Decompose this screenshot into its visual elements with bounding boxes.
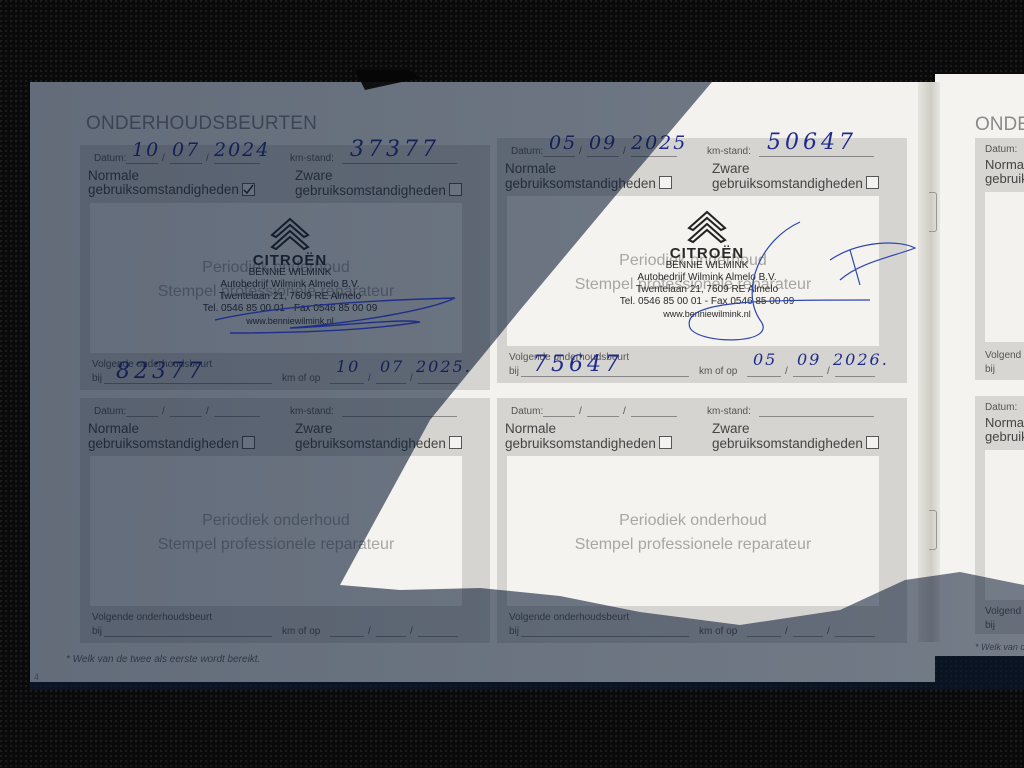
right-card-top: Datum: Normal gebruik Volgend bij	[975, 138, 1024, 380]
next-year-field[interactable]	[835, 624, 875, 637]
km-label: km-stand:	[707, 406, 751, 417]
maintenance-entry-card: Datum: / / km-stand: Normale gebruiksoms…	[497, 138, 907, 383]
date-separator: /	[579, 406, 582, 417]
handwritten-date-year: 2025	[631, 132, 687, 154]
dealer-company: Autobedrijf Wilmink Almelo B.V.	[597, 272, 817, 284]
right-footnote: * Welk van de	[975, 642, 1024, 652]
handwritten-next-day: 10	[336, 357, 360, 376]
right-normal-label-2: gebruik	[985, 172, 1024, 186]
next-date-label: km of op	[699, 626, 737, 637]
next-km-label: bij	[92, 373, 102, 384]
citroen-chevron-logo-icon	[268, 213, 312, 253]
normal-conditions-label: Normale gebruiksomstandigheden	[505, 422, 672, 451]
handwritten-next-km: 82377	[116, 359, 206, 384]
handwritten-km: 37377	[350, 137, 440, 162]
km-label: km-stand:	[707, 146, 751, 157]
right-next-label: Volgend	[985, 606, 1021, 617]
maintenance-entry-card: Datum: / / km-stand: Normale gebruiksoms…	[80, 398, 490, 643]
normal-conditions-label: Normale gebruiksomstandigheden	[88, 422, 255, 451]
date-separator: /	[623, 406, 626, 417]
dealer-name: BENNIE WILMINK	[597, 260, 817, 272]
next-day-field[interactable]	[747, 624, 781, 637]
date-separator: /	[579, 146, 582, 157]
next-year-field[interactable]	[418, 624, 458, 637]
heavy-conditions-label: Zware gebruiksomstandigheden	[295, 169, 462, 198]
km-field[interactable]	[342, 404, 457, 417]
right-page: ONDE Datum: Normal gebruik Volgend bij D…	[935, 74, 1024, 656]
normal-conditions-label: Normale gebruiksomstandigheden	[88, 169, 255, 197]
right-date-label: Datum:	[985, 144, 1017, 155]
date-label: Datum:	[511, 146, 543, 157]
staple-icon	[929, 510, 937, 550]
date-month-field[interactable]	[587, 404, 619, 417]
date-label: Datum:	[511, 406, 543, 417]
page-title: ONDERHOUDSBEURTEN	[86, 113, 317, 135]
dealer-address: Twentelaan 21, 7609 RE Almelo	[180, 291, 400, 303]
handwritten-next-month: 09	[797, 350, 821, 369]
handwritten-km: 50647	[767, 130, 857, 155]
right-normal-label-2: gebruik	[985, 430, 1024, 444]
handwritten-date-month: 09	[589, 132, 617, 154]
stamp-placeholder-line-1: Periodiek onderhoud	[90, 512, 462, 530]
right-normal-label: Normal	[985, 158, 1024, 172]
date-month-field[interactable]	[170, 404, 202, 417]
heavy-conditions-checkbox[interactable]	[449, 436, 462, 449]
next-day-field[interactable]	[330, 624, 364, 637]
next-km-label: bij	[509, 366, 519, 377]
date-label: Datum:	[94, 153, 126, 164]
next-km-field[interactable]	[104, 624, 272, 637]
right-stamp-area	[985, 450, 1024, 600]
date-separator: /	[206, 153, 209, 164]
km-label: km-stand:	[290, 153, 334, 164]
dealer-address: Twentelaan 21, 7609 RE Almelo	[597, 284, 817, 296]
date-separator: /	[162, 406, 165, 417]
right-date-label: Datum:	[985, 402, 1017, 413]
handwritten-date-year: 2024	[214, 139, 270, 161]
handwritten-next-km: 75647	[533, 352, 623, 377]
book-gutter	[918, 82, 940, 642]
stamp-area: Periodiek onderhoud Stempel professionel…	[507, 456, 879, 606]
dealer-stamp: CITROËN BENNIE WILMINK Autobedrijf Wilmi…	[597, 206, 817, 320]
next-service-label: Volgende onderhoudsbeurt	[92, 612, 212, 623]
heavy-conditions-label: Zware gebruiksomstandigheden	[712, 162, 879, 191]
handwritten-next-month: 07	[380, 357, 404, 376]
handwritten-next-day: 05	[753, 350, 777, 369]
next-month-field[interactable]	[793, 624, 823, 637]
heavy-conditions-checkbox[interactable]	[866, 176, 879, 189]
right-bij-label: bij	[985, 620, 995, 631]
date-day-field[interactable]	[126, 404, 158, 417]
right-normal-label: Normal	[985, 416, 1024, 430]
stamp-area: Periodiek onderhoud Stempel professionel…	[507, 196, 879, 346]
handwritten-next-year: 2026.	[833, 350, 889, 369]
handwritten-date-day: 05	[549, 132, 577, 154]
next-date-label: km of op	[699, 366, 737, 377]
stamp-area: Periodiek onderhoud Stempel professionel…	[90, 203, 462, 353]
heavy-conditions-label: Zware gebruiksomstandigheden	[712, 422, 879, 451]
normal-conditions-checkbox[interactable]	[659, 436, 672, 449]
handwritten-date-month: 07	[172, 139, 200, 161]
right-stamp-area	[985, 192, 1024, 342]
stamp-placeholder-line-2: Stempel professionele reparateur	[507, 536, 879, 554]
right-next-label: Volgend	[985, 350, 1021, 361]
next-date-label: km of op	[282, 373, 320, 384]
date-year-field[interactable]	[631, 404, 677, 417]
dealer-website: www.benniewilmink.nl	[180, 315, 400, 327]
next-km-field[interactable]	[521, 624, 689, 637]
footnote: * Welk van de twee als eerste wordt bere…	[66, 654, 260, 665]
dealer-phone: Tel. 0546 85 00 01 - Fax 0546 85 00 09	[597, 296, 817, 308]
maintenance-entry-card: Datum: / / km-stand: Normale gebruiksoms…	[80, 145, 490, 390]
right-card-bottom: Datum: Normal gebruik Volgend bij	[975, 396, 1024, 634]
next-date-label: km of op	[282, 626, 320, 637]
dealer-website: www.benniewilmink.nl	[597, 308, 817, 320]
date-separator: /	[206, 406, 209, 417]
right-page-title: ONDE	[975, 114, 1024, 136]
date-label: Datum:	[94, 406, 126, 417]
citroen-chevron-logo-icon	[685, 206, 729, 246]
heavy-conditions-label: Zware gebruiksomstandigheden	[295, 422, 462, 451]
next-service-label: Volgende onderhoudsbeurt	[509, 612, 629, 623]
dealer-brand: CITROËN	[597, 248, 817, 260]
km-field[interactable]	[759, 404, 874, 417]
date-year-field[interactable]	[214, 404, 260, 417]
heavy-conditions-checkbox[interactable]	[866, 436, 879, 449]
km-label: km-stand:	[290, 406, 334, 417]
normal-conditions-checkbox[interactable]	[242, 183, 255, 196]
normal-conditions-checkbox[interactable]	[242, 436, 255, 449]
date-day-field[interactable]	[543, 404, 575, 417]
normal-conditions-checkbox[interactable]	[659, 176, 672, 189]
dealer-company: Autobedrijf Wilmink Almelo B.V.	[180, 279, 400, 291]
handwritten-next-year: 2025.	[416, 357, 472, 376]
dealer-brand: CITROËN	[180, 255, 400, 267]
right-bij-label: bij	[985, 364, 995, 375]
check-mark-icon	[243, 184, 254, 195]
dealer-name: BENNIE WILMINK	[180, 267, 400, 279]
staple-icon	[929, 192, 937, 232]
stamp-placeholder-line-1: Periodiek onderhoud	[507, 512, 879, 530]
next-km-label: bij	[509, 626, 519, 637]
dealer-stamp: CITROËN BENNIE WILMINK Autobedrijf Wilmi…	[180, 213, 400, 327]
stamp-placeholder-line-2: Stempel professionele reparateur	[90, 536, 462, 554]
page-number: 4	[34, 672, 39, 682]
maintenance-entry-card: Datum: / / km-stand: Normale gebruiksoms…	[497, 398, 907, 643]
next-month-field[interactable]	[376, 624, 406, 637]
normal-conditions-label: Normale gebruiksomstandigheden	[505, 162, 672, 191]
dealer-phone: Tel. 0546 85 00 01 - Fax 0546 85 00 09	[180, 303, 400, 315]
handwritten-date-day: 10	[132, 139, 160, 161]
date-separator: /	[162, 153, 165, 164]
next-km-label: bij	[92, 626, 102, 637]
heavy-conditions-checkbox[interactable]	[449, 183, 462, 196]
stamp-area: Periodiek onderhoud Stempel professionel…	[90, 456, 462, 606]
date-separator: /	[623, 146, 626, 157]
